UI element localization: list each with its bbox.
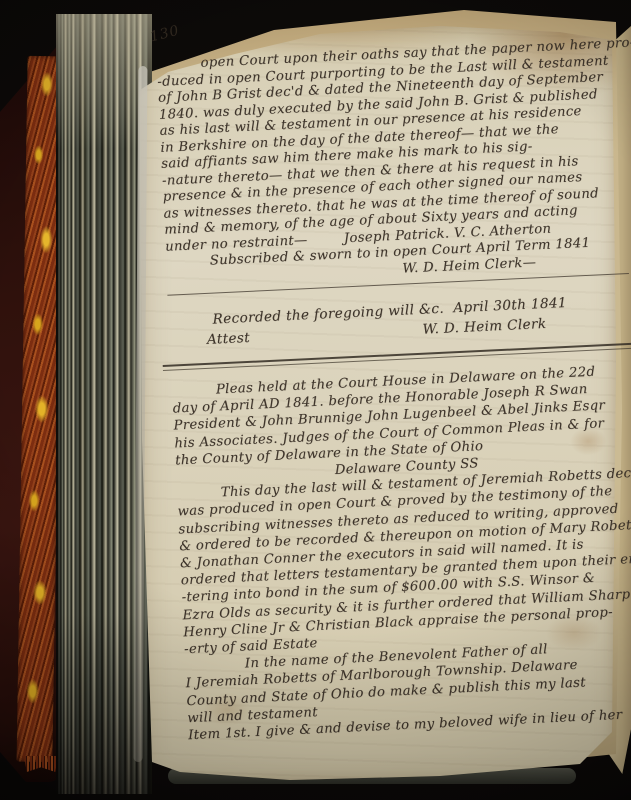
section-grist-will-proof: open Court upon their oaths say that the…	[156, 36, 628, 289]
section-pleas-april-1841: Pleas held at the Court House in Delawar…	[172, 362, 631, 745]
photographed-record-book: 130 open Court upon their oaths say that…	[0, 0, 631, 800]
manuscript-text: open Court upon their oaths say that the…	[155, 10, 631, 744]
section-recording-attest: Recorded the foregoing will &c. April 30…	[168, 290, 631, 352]
